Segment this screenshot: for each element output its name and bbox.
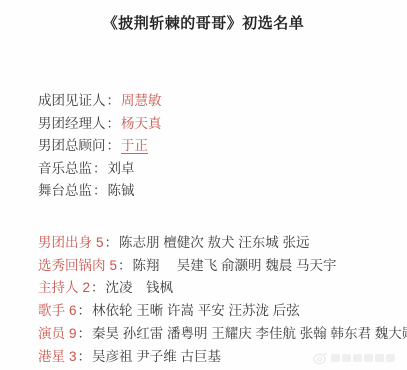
- staff-role-label: 男团经理人: [38, 116, 106, 131]
- watermark-text: [331, 354, 395, 362]
- colon-separator: ：: [107, 116, 121, 131]
- group-names: 陈志朋 檀健次 敖犬 汪东城 张远: [119, 235, 310, 250]
- group-count: 3: [69, 349, 77, 364]
- staff-list: 成团见证人：周慧敏 男团经理人：杨天真 男团总顾问：于正 音乐总监：刘卓 舞台总…: [38, 90, 397, 203]
- staff-row: 男团经理人：杨天真: [38, 113, 397, 136]
- page-title: 《披荆斩棘的哥哥》初选名单: [0, 12, 407, 33]
- group-count: 9: [69, 326, 77, 341]
- colon-separator: ：: [78, 349, 92, 364]
- group-row: 男团出身5：陈志朋 檀健次 敖犬 汪东城 张远: [38, 232, 405, 255]
- group-row: 选秀回锅肉5：陈翔 吴建飞 俞灏明 魏晨 马天宇: [38, 255, 405, 278]
- colon-separator: ：: [91, 280, 105, 295]
- group-count: 5: [96, 235, 104, 250]
- staff-name: 杨天真: [121, 116, 162, 131]
- group-names: 陈翔 吴建飞 俞灏明 魏晨 马天宇: [133, 258, 337, 273]
- colon-separator: ：: [107, 93, 121, 108]
- staff-name: 刘卓: [108, 161, 135, 176]
- staff-role-label: 男团总顾问: [38, 138, 106, 153]
- staff-row: 舞台总监：陈铖: [38, 180, 397, 203]
- colon-separator: ：: [105, 235, 119, 250]
- colon-separator: ：: [93, 183, 107, 198]
- staff-row: 成团见证人：周慧敏: [38, 90, 397, 113]
- staff-role-label: 舞台总监: [38, 183, 92, 198]
- group-category-label: 港星: [38, 349, 65, 364]
- staff-row: 音乐总监：刘卓: [38, 158, 397, 181]
- colon-separator: ：: [107, 138, 121, 153]
- group-names: 沈凌 钱枫: [106, 280, 174, 295]
- group-category-label: 歌手: [38, 303, 65, 318]
- colon-separator: ：: [78, 303, 92, 318]
- group-category-label: 主持人: [38, 280, 79, 295]
- colon-separator: ：: [93, 161, 107, 176]
- image-page: 《披荆斩棘的哥哥》初选名单 成团见证人：周慧敏 男团经理人：杨天真 男团总顾问：…: [0, 0, 407, 370]
- staff-role-label: 成团见证人: [38, 93, 106, 108]
- group-row: 歌手6：林依轮 王晰 许嵩 平安 汪苏泷 后弦: [38, 300, 405, 323]
- group-names: 吴彦祖 尹子维 古巨基: [92, 349, 221, 364]
- group-names: 林依轮 王晰 许嵩 平安 汪苏泷 后弦: [92, 303, 300, 318]
- weibo-watermark: [313, 350, 395, 366]
- group-names: 秦昊 孙红雷 潘粤明 王耀庆 李佳航 张翰 韩东君 魏大勋 陈学冬: [92, 326, 407, 341]
- group-list: 男团出身5：陈志朋 檀健次 敖犬 汪东城 张远 选秀回锅肉5：陈翔 吴建飞 俞灏…: [38, 232, 405, 368]
- staff-role-label: 音乐总监: [38, 161, 92, 176]
- staff-name: 于正: [121, 138, 148, 154]
- group-count: 2: [83, 280, 91, 295]
- colon-separator: ：: [78, 326, 92, 341]
- group-category-label: 选秀回锅肉: [38, 258, 106, 273]
- group-row: 演员9：秦昊 孙红雷 潘粤明 王耀庆 李佳航 张翰 韩东君 魏大勋 陈学冬: [38, 323, 405, 346]
- staff-name: 陈铖: [108, 183, 135, 198]
- colon-separator: ：: [118, 258, 132, 273]
- watermark-camera-icon: [313, 352, 328, 365]
- group-count: 6: [69, 303, 77, 318]
- group-category-label: 男团出身: [38, 235, 92, 250]
- group-row: 主持人2：沈凌 钱枫: [38, 277, 405, 300]
- staff-row: 男团总顾问：于正: [38, 135, 397, 158]
- staff-name: 周慧敏: [121, 93, 162, 108]
- group-category-label: 演员: [38, 326, 65, 341]
- group-count: 5: [110, 258, 118, 273]
